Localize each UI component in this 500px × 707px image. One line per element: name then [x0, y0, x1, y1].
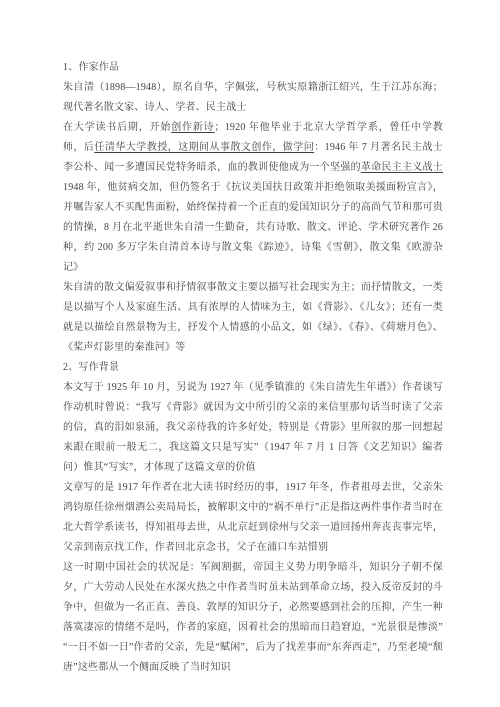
text-run: 朱自清（1898—1948），原名自华，字佩弦，号秋实原籍浙江绍兴，生于江苏东海… — [63, 82, 443, 113]
text-run: 这一时期中国社会的状况是：军阀割据，帝国主义势力明争暗斗，知识分子朝不保夕，广大… — [63, 562, 443, 673]
paragraph: 朱自清的散文偏爱叙事和抒情叙事散文主要以描写社会现实为主；而抒情散文，一类是以描… — [63, 278, 443, 358]
paragraph: 在大学读书后期，开始创作新诗；1920 年他毕业于北京大学哲学系，曾任中学教师，… — [63, 118, 443, 278]
underlined-text: 创作新诗 — [171, 122, 214, 133]
text-run: 1、作家作品 — [63, 62, 119, 73]
paragraph: 这一时期中国社会的状况是：军阀割据，帝国主义势力明争暗斗，知识分子朝不保夕，广大… — [63, 558, 443, 678]
text-run: 1948 年，他贫病交加，但仍签名于《抗议美国扶日政策并拒绝领取美援面粉宣言》，… — [63, 182, 443, 273]
paragraph: 本文写于 1925 年 10 月，另说为 1927 年（见季镇淮的《朱自清先生年… — [63, 378, 443, 478]
text-run: 文章写的是 1917 年作者在北大读书时经历的事，1917 年冬，作者祖母去世，… — [63, 482, 443, 553]
paragraph: 文章写的是 1917 年作者在北大读书时经历的事，1917 年冬，作者祖母去世，… — [63, 478, 443, 558]
underlined-text: 任清华大学教授，这期间从事散文创作，做学问 — [94, 142, 314, 153]
section-heading: 2、写作背景 — [63, 358, 443, 378]
section-heading: 1、作家作品 — [63, 58, 443, 78]
paragraph: 朱自清（1898—1948），原名自华，字佩弦，号秋实原籍浙江绍兴，生于江苏东海… — [63, 78, 443, 118]
text-run: 本文写于 1925 年 10 月，另说为 1927 年（见季镇淮的《朱自清先生年… — [63, 382, 443, 473]
underlined-text: 革命民主主义战士 — [361, 162, 443, 173]
document-page: 1、作家作品朱自清（1898—1948），原名自华，字佩弦，号秋实原籍浙江绍兴，… — [0, 0, 500, 707]
text-run: 朱自清的散文偏爱叙事和抒情叙事散文主要以描写社会现实为主；而抒情散文，一类是以描… — [63, 282, 443, 353]
text-run: 在大学读书后期，开始 — [63, 122, 171, 133]
text-run: 2、写作背景 — [63, 362, 119, 373]
